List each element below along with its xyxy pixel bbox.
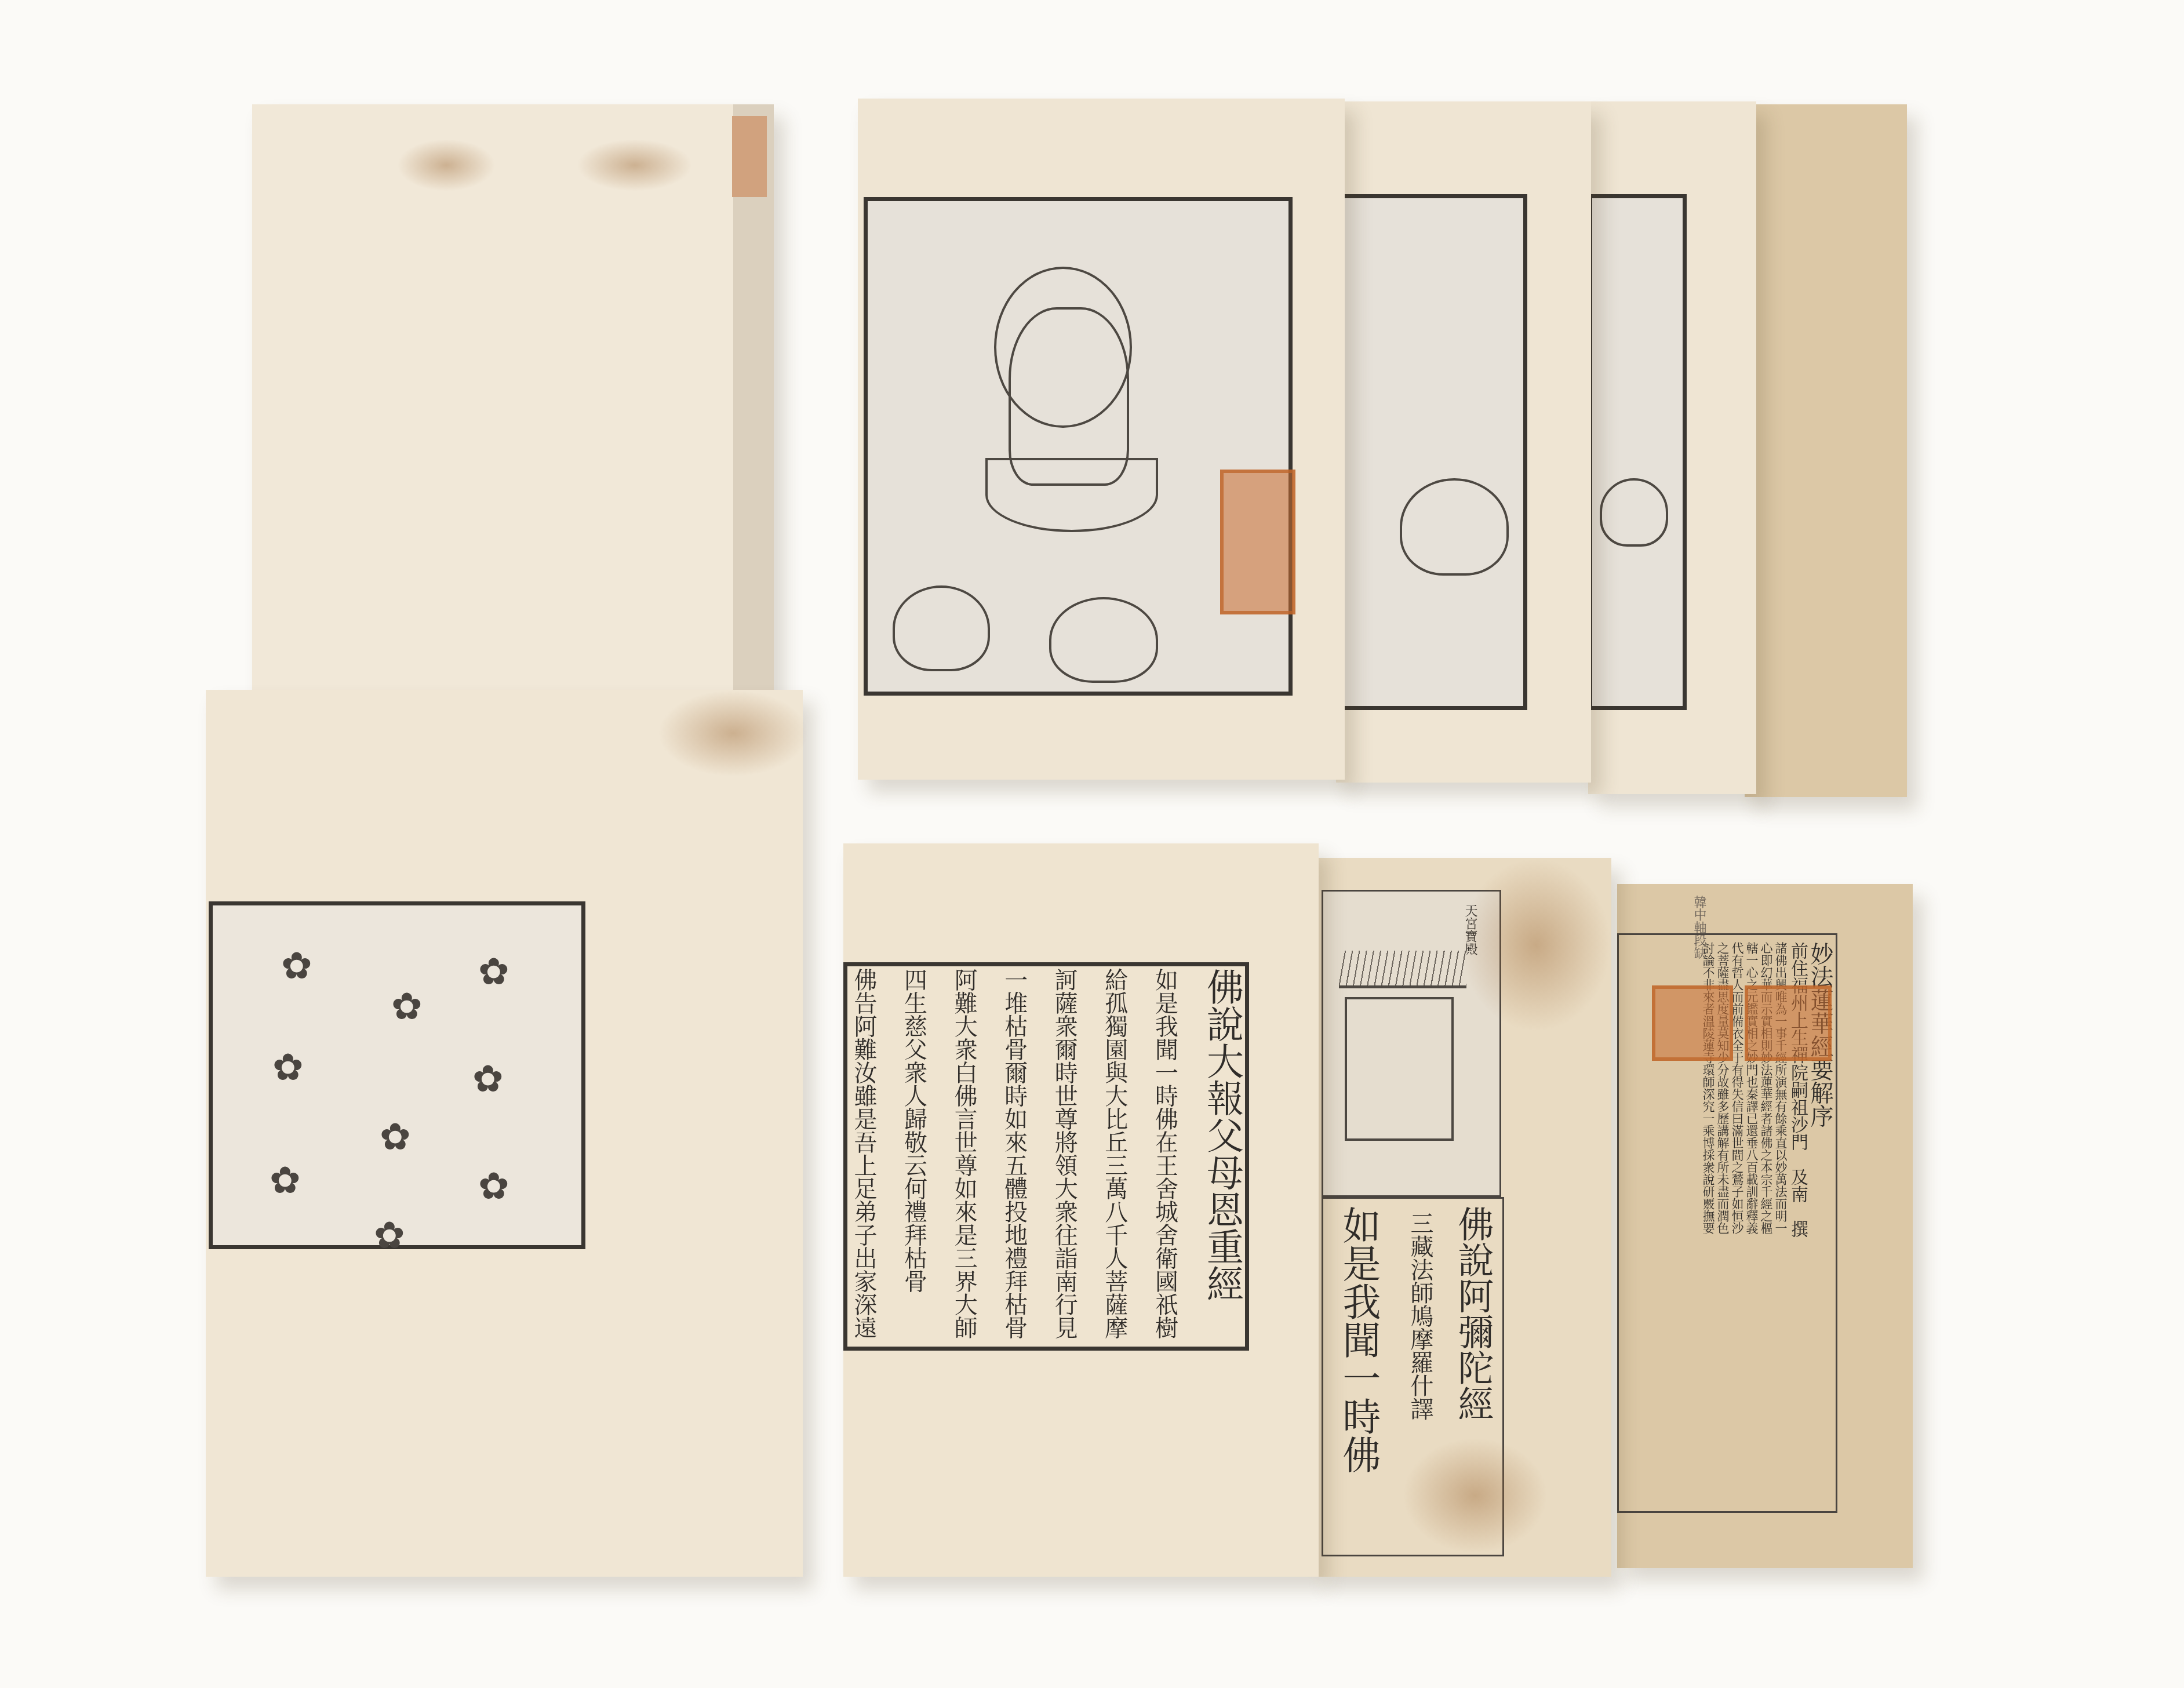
book-bottom-left: ✿ ✿ ✿ ✿ ✿ ✿ ✿ ✿ ✿ — [206, 690, 803, 1577]
flower-icon: ✿ — [374, 1214, 405, 1257]
flower-icon: ✿ — [270, 1159, 301, 1202]
spine-tab — [732, 116, 767, 197]
flower-icon: ✿ — [380, 1116, 411, 1159]
book-top-right-3 — [1588, 101, 1756, 794]
flower-icon: ✿ — [281, 945, 312, 988]
text-column: 如是我聞一時佛在王舍城舍衛國祇樹 — [1153, 968, 1176, 1345]
pavilion-body — [1345, 997, 1454, 1141]
book-top-right-4 — [1745, 104, 1907, 797]
opening-line: 如是我聞一時佛 — [1339, 1206, 1377, 1474]
cloud-motif — [893, 585, 990, 671]
text-column: 一堆枯骨爾時如來五體投地禮拜枯骨 — [1003, 968, 1026, 1345]
text-column: 訶薩衆爾時世尊將領大衆往詣南行見 — [1053, 968, 1076, 1345]
text-column: 給孤獨園與大比丘三萬八千人菩薩摩 — [1103, 968, 1126, 1345]
book-bottom-middle-1: 佛說大報父母恩重經 如是我聞一時佛在王舍城舍衛國祇樹 給孤獨園與大比丘三萬八千人… — [843, 843, 1319, 1577]
book-top-right-1 — [858, 99, 1345, 780]
book-top-right-2 — [1336, 101, 1591, 783]
stain — [397, 139, 496, 191]
text-column: 佛告阿難汝雖是吾上足弟子出家深遠 — [852, 968, 875, 1345]
cloud-motif — [1049, 597, 1158, 683]
book-bottom-right: 韓中軸段缺 妙法蓮華經要解序 前住福州上生禪院嗣祖沙門 及南 撰 諸佛出興唯為一… — [1617, 884, 1913, 1568]
red-seal — [1745, 985, 1832, 1061]
frontispiece-frame — [1336, 194, 1527, 710]
stain — [658, 690, 809, 777]
flower-icon: ✿ — [272, 1046, 304, 1089]
book-bottom-middle-2: 天宮寶殿 佛說阿彌陀經 三藏法師鳩摩羅什譯 如是我聞一時佛 — [1316, 858, 1611, 1577]
translator: 三藏法師鳩摩羅什譯 — [1408, 1212, 1432, 1420]
red-seal — [1652, 985, 1733, 1061]
title-column: 佛說大報父母恩重經 — [1203, 968, 1240, 1345]
floral-frame — [209, 901, 585, 1249]
pavilion-roof — [1339, 951, 1466, 988]
flower-icon: ✿ — [478, 951, 509, 994]
flower-icon: ✿ — [478, 1165, 509, 1208]
flower-icon: ✿ — [391, 985, 423, 1028]
text-columns: 佛說大報父母恩重經 如是我聞一時佛在王舍城舍衛國祇樹 給孤獨園與大比丘三萬八千人… — [852, 968, 1240, 1345]
sutra-title: 佛說阿彌陀經 — [1455, 1206, 1491, 1421]
frontispiece-frame — [1588, 194, 1687, 710]
cloud-motif — [1600, 478, 1668, 547]
stain — [577, 139, 693, 191]
lotus — [985, 458, 1158, 532]
flower-icon: ✿ — [472, 1058, 504, 1101]
stain — [1461, 858, 1611, 1032]
text-column: 四生慈父衆人歸敬云何禮拜枯骨 — [902, 968, 926, 1345]
red-seal — [1220, 470, 1295, 614]
text-column: 阿難大衆白佛言世尊如來是三界大師 — [952, 968, 975, 1345]
book-top-left — [252, 104, 774, 701]
cloud-motif — [1400, 478, 1509, 576]
stain — [1403, 1438, 1548, 1554]
